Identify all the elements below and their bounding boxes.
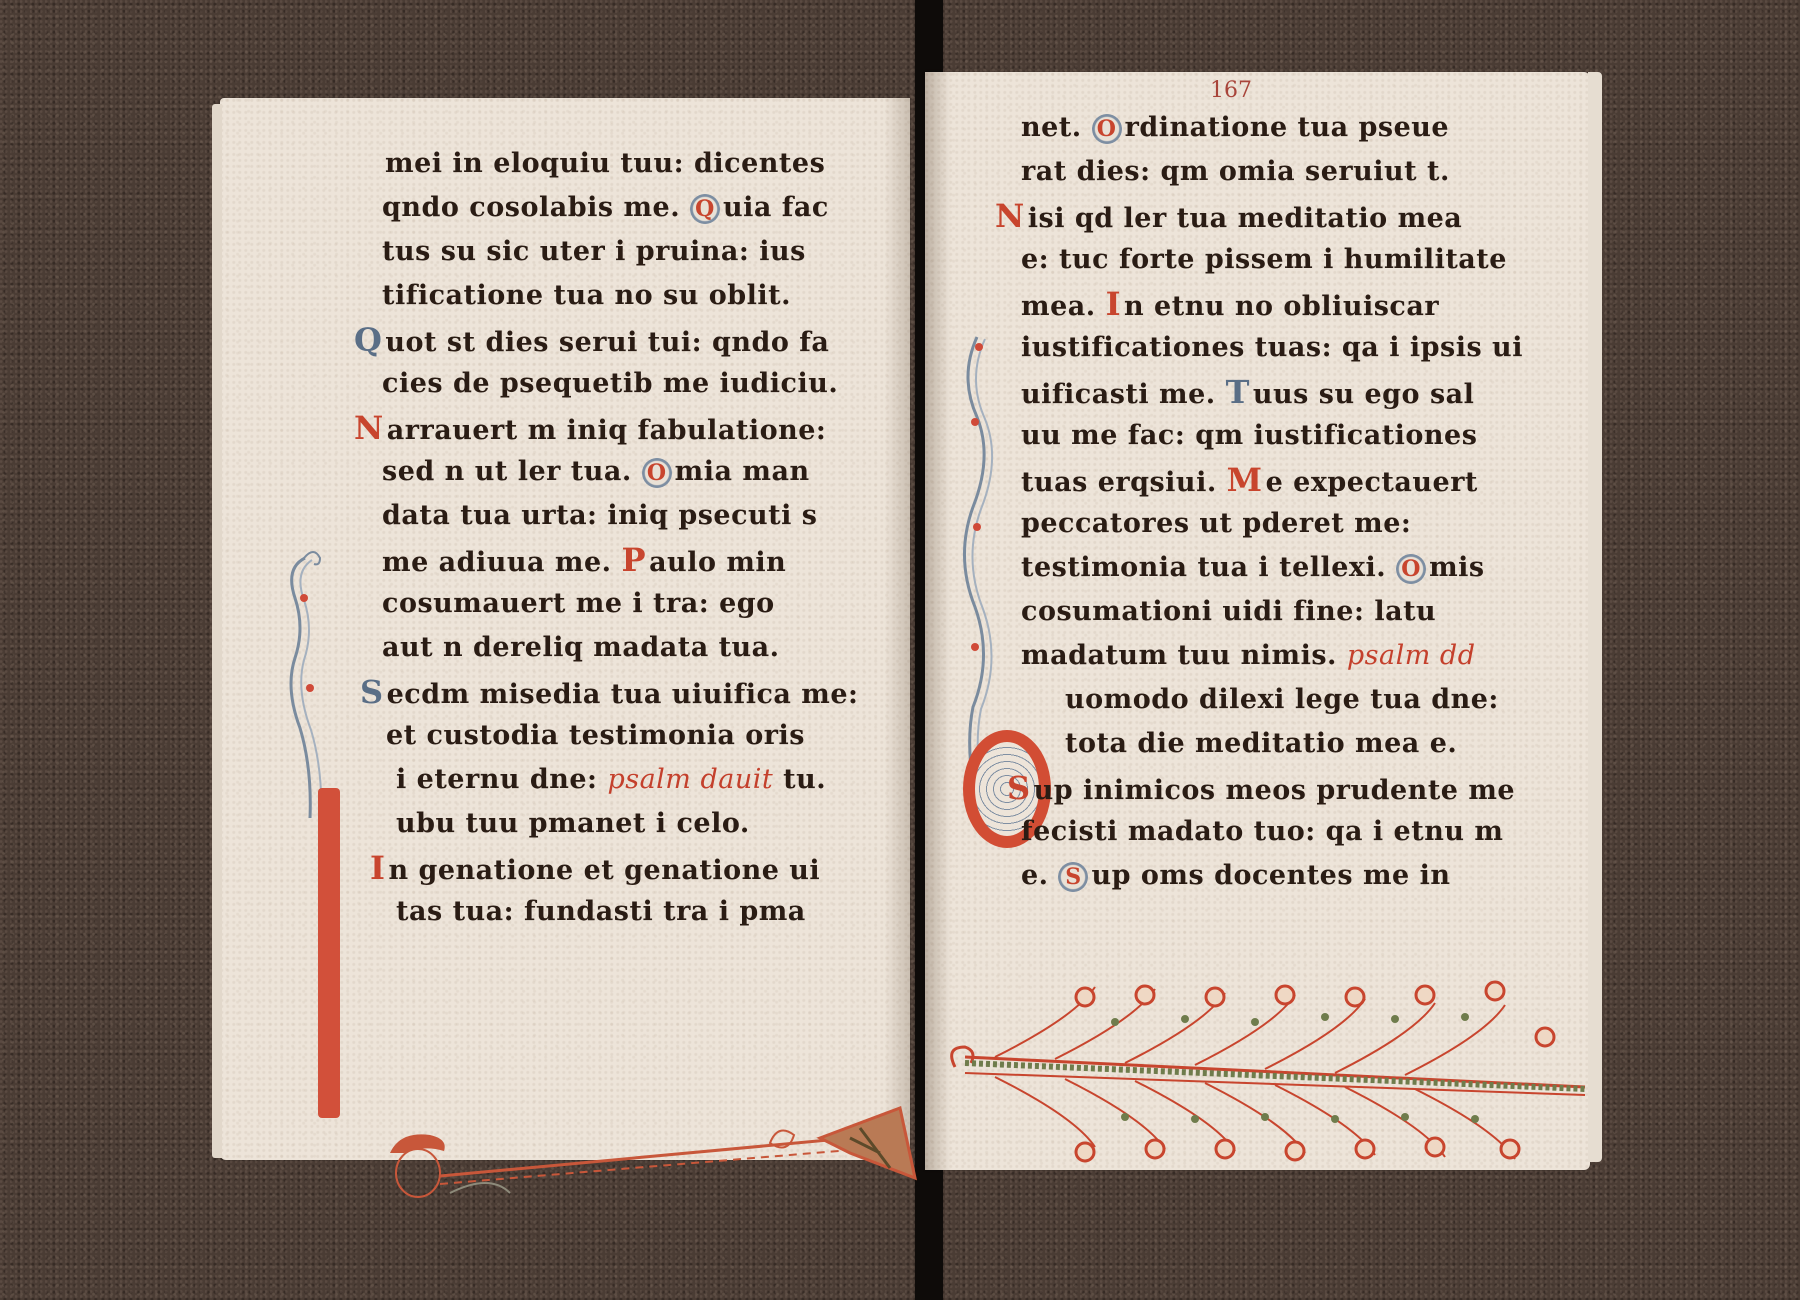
text-line: cosumationi uidi fine: latu <box>1021 596 1436 627</box>
inline-initial-icon: Q <box>690 194 720 224</box>
text-line: cosumauert me i tra: ego <box>382 588 775 619</box>
text-line: tota die meditatio mea e. <box>1065 728 1457 759</box>
text-line: rat dies: qm omia seruiut t. <box>1021 156 1450 187</box>
inline-initial-icon: T <box>1226 376 1250 408</box>
inline-initial-icon: O <box>642 458 672 488</box>
initial-N-icon: N <box>995 200 1025 232</box>
inline-initial-icon: P <box>622 544 647 576</box>
inline-initial-icon: I <box>1106 288 1121 320</box>
left-page-text: mei in eloquiu tuu: dicentes qndo cosola… <box>220 98 910 1160</box>
initial-S-icon: S <box>360 676 384 708</box>
initial-I-icon: I <box>370 852 385 884</box>
text-line: mei in eloquiu tuu: dicentes <box>385 148 825 179</box>
text-line: me adiuua me. Paulo min <box>382 544 786 578</box>
text-line: testimonia tua i tellexi. Omis <box>1021 552 1485 584</box>
text-line: uificasti me. Tuus su ego sal <box>1021 376 1474 410</box>
text-line: mea. In etnu no obliuiscar <box>1021 288 1439 322</box>
right-page: 167 <box>925 72 1590 1170</box>
text-line: In genatione et genatione ui <box>370 852 820 886</box>
text-line: e. Sup oms docentes me in <box>1021 860 1451 892</box>
inline-initial-icon: S <box>1058 862 1088 892</box>
text-line: peccatores ut pderet me: <box>1021 508 1411 539</box>
text-line: qndo cosolabis me. Quia fac <box>382 192 829 224</box>
text-line: tuas erqsiui. Me expectauert <box>1021 464 1478 498</box>
initial-N-icon: N <box>354 412 384 444</box>
inline-initial-icon: O <box>1092 114 1122 144</box>
inline-initial-icon: O <box>1396 554 1426 584</box>
initial-S-icon: S <box>1007 772 1031 804</box>
text-line: cies de psequetib me iudiciu. <box>382 368 838 399</box>
initial-Q-icon: Q <box>354 324 382 356</box>
text-line: tificatione tua no su oblit. <box>382 280 791 311</box>
text-line: Secdm misedia tua uiuifica me: <box>360 676 859 710</box>
text-line: i eternu dne: psalm dauit tu. <box>396 764 826 795</box>
right-page-text: net. Ordinatione tua pseue rat dies: qm … <box>925 72 1590 1170</box>
rubric-text: psalm dd <box>1347 640 1476 671</box>
text-line: data tua urta: iniq psecuti s <box>382 500 818 531</box>
text-line: Quot st dies serui tui: qndo fa <box>354 324 829 358</box>
text-line: uomodo dilexi lege tua dne: <box>1065 684 1499 715</box>
text-line: et custodia testimonia oris <box>386 720 805 751</box>
text-line: tus su sic uter i pruina: ius <box>382 236 806 267</box>
text-line: Narrauert m iniq fabulatione: <box>354 412 826 446</box>
text-line: aut n dereliq madata tua. <box>382 632 780 663</box>
rubric-text: psalm dauit <box>607 764 773 795</box>
text-line: net. Ordinatione tua pseue <box>1021 112 1449 144</box>
left-page: mei in eloquiu tuu: dicentes qndo cosola… <box>220 98 910 1160</box>
text-line: tas tua: fundasti tra i pma <box>396 896 806 927</box>
inline-initial-icon: M <box>1227 464 1263 496</box>
text-line: e: tuc forte pissem i humilitate <box>1021 244 1507 275</box>
text-line: iustificationes tuas: qa i ipsis ui <box>1021 332 1523 363</box>
text-line: ubu tuu pmanet i celo. <box>396 808 750 839</box>
text-line: Nisi qd ler tua meditatio mea <box>995 200 1462 234</box>
text-line: Sup inimicos meos prudente me <box>1007 772 1515 806</box>
text-line: uu me fac: qm iustificationes <box>1021 420 1477 451</box>
text-line: sed n ut ler tua. Omia man <box>382 456 810 488</box>
text-line: madatum tuu nimis. psalm dd <box>1021 640 1476 671</box>
text-line: fecisti madato tuo: qa i etnu m <box>1021 816 1503 847</box>
